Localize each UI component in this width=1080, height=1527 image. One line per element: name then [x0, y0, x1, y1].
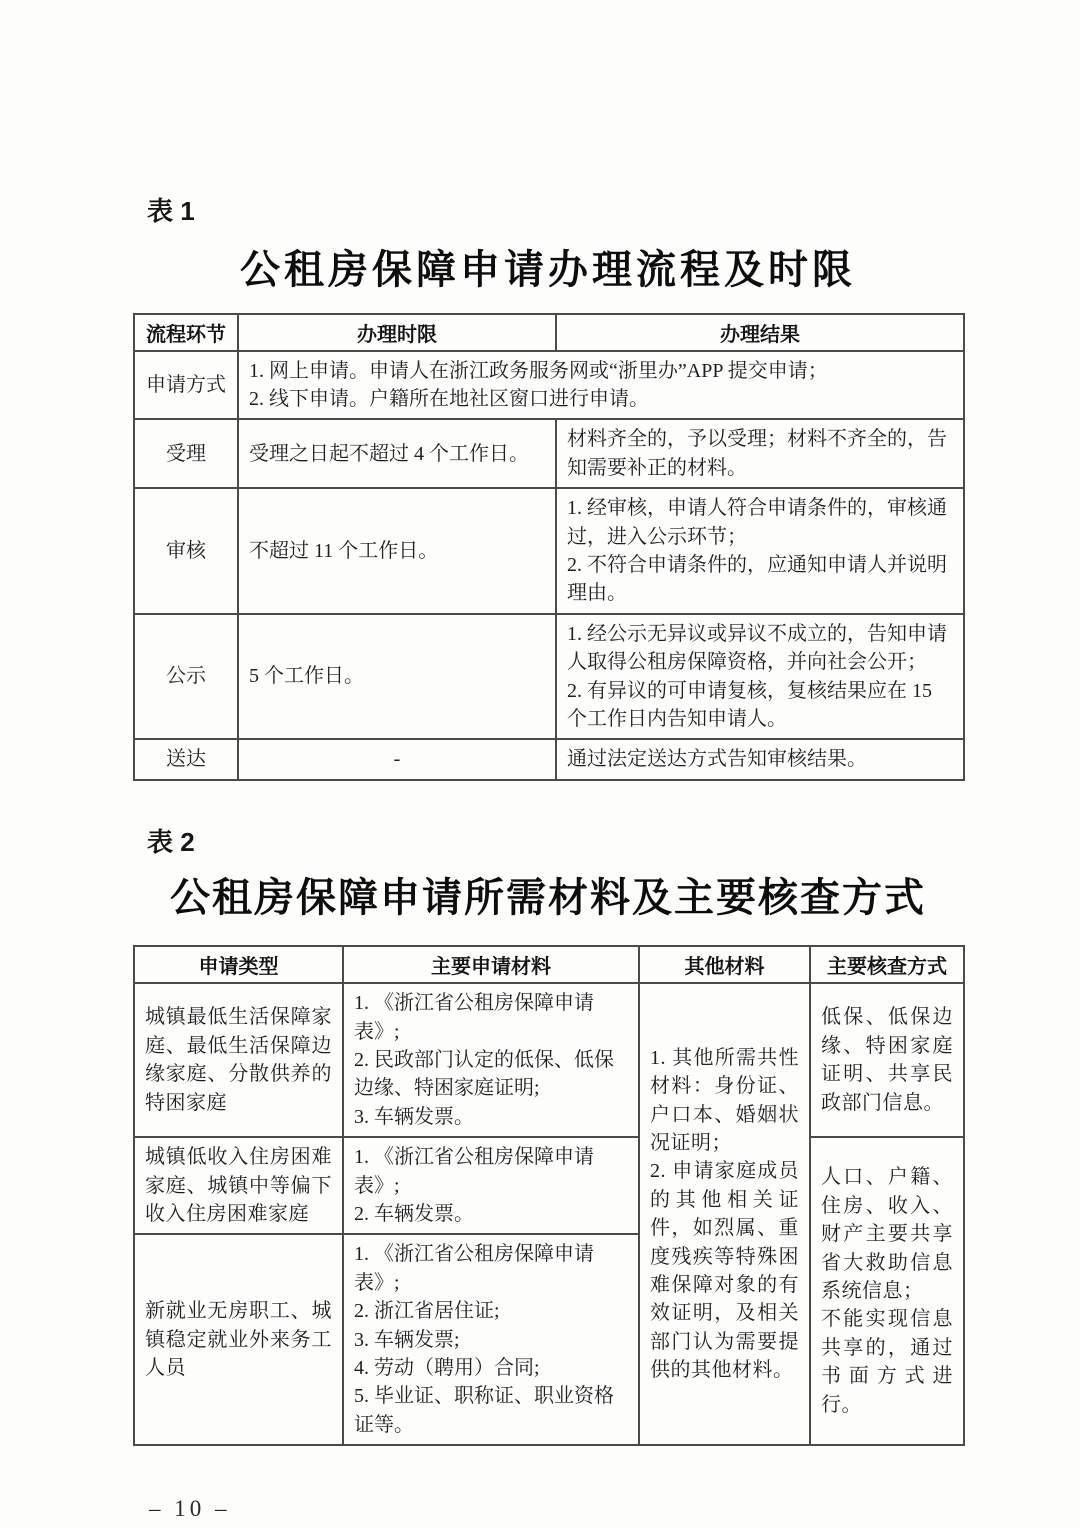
- table1-stage-cell: 公示: [134, 614, 238, 740]
- table2-title: 公租房保障申请所需材料及主要核查方式: [133, 876, 963, 920]
- table1-time-cell: 受理之日起不超过 4 个工作日。: [238, 419, 556, 488]
- table1-result-cell: 材料齐全的，予以受理；材料不齐全的，告知需要补正的材料。: [556, 419, 964, 488]
- document-content: 表 1 公租房保障申请办理流程及时限 流程环节 办理时限 办理结果 申请方式 1…: [133, 0, 963, 1522]
- table1-header-time: 办理时限: [238, 314, 556, 351]
- table1-row-apply: 申请方式 1. 网上申请。申请人在浙江政务服务网或“浙里办”APP 提交申请； …: [134, 351, 964, 420]
- table2-verify-cell: 低保、低保边缘、特困家庭证明、共享民政部门信息。: [810, 983, 964, 1137]
- table1-row-accept: 受理 受理之日起不超过 4 个工作日。 材料齐全的，予以受理；材料不齐全的，告知…: [134, 419, 964, 488]
- table1: 流程环节 办理时限 办理结果 申请方式 1. 网上申请。申请人在浙江政务服务网或…: [133, 313, 965, 781]
- table2-header-type: 申请类型: [134, 946, 343, 983]
- table1-stage-cell: 受理: [134, 419, 238, 488]
- table1-row-review: 审核 不超过 11 个工作日。 1. 经审核，申请人符合申请条件的，审核通过，进…: [134, 488, 964, 614]
- table1-stage-cell: 审核: [134, 488, 238, 614]
- table1-time-cell: 5 个工作日。: [238, 614, 556, 740]
- table2-header-materials: 主要申请材料: [343, 946, 639, 983]
- table1-stage-cell: 申请方式: [134, 351, 238, 420]
- table2-materials-cell: 1. 《浙江省公租房保障申请表》; 2. 民政部门认定的低保、低保边缘、特困家庭…: [343, 983, 639, 1137]
- table2-header-row: 申请类型 主要申请材料 其他材料 主要核查方式: [134, 946, 964, 983]
- table2-verify-merged-cell: 人口、户籍、住房、收入、财产主要共享省大救助信息系统信息； 不能实现信息共享的，…: [810, 1137, 964, 1445]
- page-number: – 10 –: [149, 1496, 963, 1522]
- table2-materials-cell: 1. 《浙江省公租房保障申请表》; 2. 浙江省居住证; 3. 车辆发票; 4.…: [343, 1234, 639, 1445]
- table2-label: 表 2: [147, 828, 963, 857]
- table2-header-other: 其他材料: [639, 946, 810, 983]
- table2-type-cell: 城镇低收入住房困难家庭、城镇中等偏下收入住房困难家庭: [134, 1137, 343, 1234]
- table1-header-row: 流程环节 办理时限 办理结果: [134, 314, 964, 351]
- table1-result-cell: 1. 经审核，申请人符合申请条件的，审核通过，进入公示环节； 2. 不符合申请条…: [556, 488, 964, 614]
- table2-row-lowest-income: 城镇最低生活保障家庭、最低生活保障边缘家庭、分散供养的特困家庭 1. 《浙江省公…: [134, 983, 964, 1137]
- table1-result-cell: 1. 经公示无异议或异议不成立的，告知申请人取得公租房保障资格，并向社会公开； …: [556, 614, 964, 740]
- table2-other-materials-cell: 1. 其他所需共性材料：身份证、户口本、婚姻状况证明； 2. 申请家庭成员的其他…: [639, 983, 810, 1445]
- document-page: 表 1 公租房保障申请办理流程及时限 流程环节 办理时限 办理结果 申请方式 1…: [0, 0, 1080, 1527]
- table1-time-cell: -: [238, 739, 556, 779]
- table2-row-low-income: 城镇低收入住房困难家庭、城镇中等偏下收入住房困难家庭 1. 《浙江省公租房保障申…: [134, 1137, 964, 1234]
- table1-header-stage: 流程环节: [134, 314, 238, 351]
- table2: 申请类型 主要申请材料 其他材料 主要核查方式 城镇最低生活保障家庭、最低生活保…: [133, 945, 965, 1446]
- table1-row-publicity: 公示 5 个工作日。 1. 经公示无异议或异议不成立的，告知申请人取得公租房保障…: [134, 614, 964, 740]
- table2-type-cell: 城镇最低生活保障家庭、最低生活保障边缘家庭、分散供养的特困家庭: [134, 983, 343, 1137]
- table1-stage-cell: 送达: [134, 739, 238, 779]
- table2-materials-cell: 1. 《浙江省公租房保障申请表》; 2. 车辆发票。: [343, 1137, 639, 1234]
- table1-result-cell: 通过法定送达方式告知审核结果。: [556, 739, 964, 779]
- table1-apply-methods-cell: 1. 网上申请。申请人在浙江政务服务网或“浙里办”APP 提交申请； 2. 线下…: [238, 351, 964, 420]
- table1-time-cell: 不超过 11 个工作日。: [238, 488, 556, 614]
- table1-label: 表 1: [147, 197, 963, 226]
- table1-header-result: 办理结果: [556, 314, 964, 351]
- table1-title: 公租房保障申请办理流程及时限: [133, 248, 963, 292]
- table1-row-delivery: 送达 - 通过法定送达方式告知审核结果。: [134, 739, 964, 779]
- table2-type-cell: 新就业无房职工、城镇稳定就业外来务工人员: [134, 1234, 343, 1445]
- table2-header-verify: 主要核查方式: [810, 946, 964, 983]
